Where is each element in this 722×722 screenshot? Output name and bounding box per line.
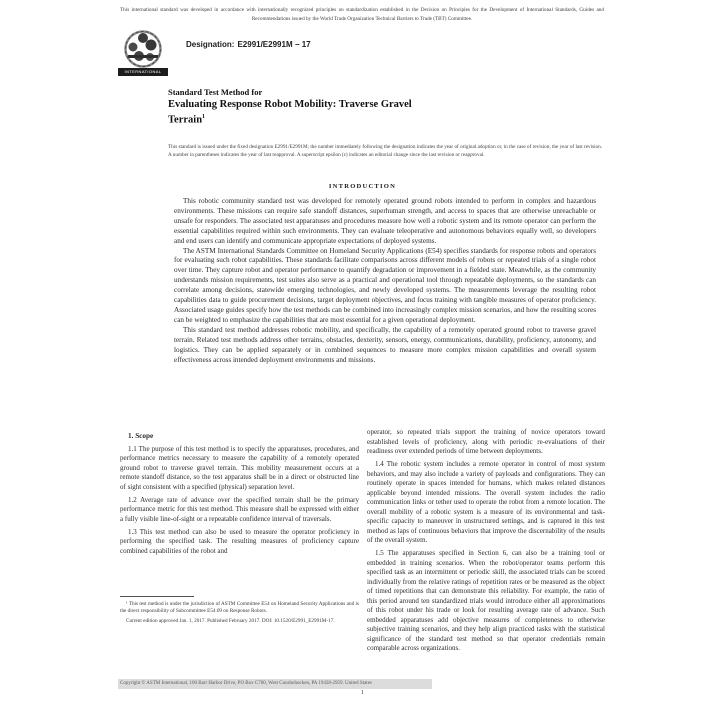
footnotes: ¹ This test method is under the jurisdic… [120, 601, 359, 628]
scope-paragraph-1-1: 1.1 The purpose of this test method is t… [120, 445, 359, 493]
astm-globe-icon [118, 29, 168, 71]
title-kicker: Standard Test Method for [168, 86, 602, 98]
title-block: Standard Test Method for Evaluating Resp… [168, 86, 602, 127]
designation-line: Designation:E2991/E2991M − 17 [186, 40, 311, 49]
preamble-text: This standard is issued under the fixed … [168, 144, 602, 160]
introduction-heading: INTRODUCTION [120, 183, 605, 190]
intro-paragraph-2: The ASTM International Standards Committ… [174, 247, 596, 326]
document-page: This international standard was develope… [0, 0, 722, 722]
title-main: Evaluating Response Robot Mobility: Trav… [168, 98, 602, 111]
designation-label: Designation: [186, 40, 234, 49]
left-column: 1. Scope 1.1 The purpose of this test me… [120, 428, 359, 556]
scope-paragraph-1-3-continued: operator, so repeated trials support the… [367, 428, 605, 457]
page-number: 1 [120, 690, 605, 696]
title-tail: Terrain1 [168, 111, 602, 127]
scope-paragraph-1-2: 1.2 Average rate of advance over the spe… [120, 496, 359, 525]
intro-paragraph-3: This standard test method addresses robo… [174, 326, 596, 366]
footnote-divider [120, 596, 194, 597]
scope-paragraph-1-3: 1.3 This test method can also be used to… [120, 528, 359, 557]
designation-value: E2991/E2991M − 17 [237, 40, 310, 49]
astm-logo: INTERNATIONAL [118, 29, 168, 83]
title-superscript: 1 [202, 114, 205, 120]
scope-paragraph-1-4: 1.4 The robotic system includes a remote… [367, 460, 605, 546]
logo-international-bar: INTERNATIONAL [118, 68, 168, 76]
title-tail-text: Terrain [168, 115, 202, 126]
scope-paragraph-1-5: 1.5 The apparatuses specified in Section… [367, 549, 605, 654]
footnote-2: Current edition approved Jan. 1, 2017. P… [120, 618, 359, 625]
scope-heading: 1. Scope [120, 432, 359, 442]
right-column: operator, so repeated trials support the… [367, 428, 605, 654]
copyright-bar: Copyright © ASTM International, 100 Barr… [118, 679, 432, 689]
wto-standard-note: This international standard was develope… [120, 6, 604, 23]
footnote-1: ¹ This test method is under the jurisdic… [120, 601, 359, 615]
intro-paragraph-1: This robotic community standard test was… [174, 197, 596, 247]
introduction-section: This robotic community standard test was… [174, 197, 596, 365]
